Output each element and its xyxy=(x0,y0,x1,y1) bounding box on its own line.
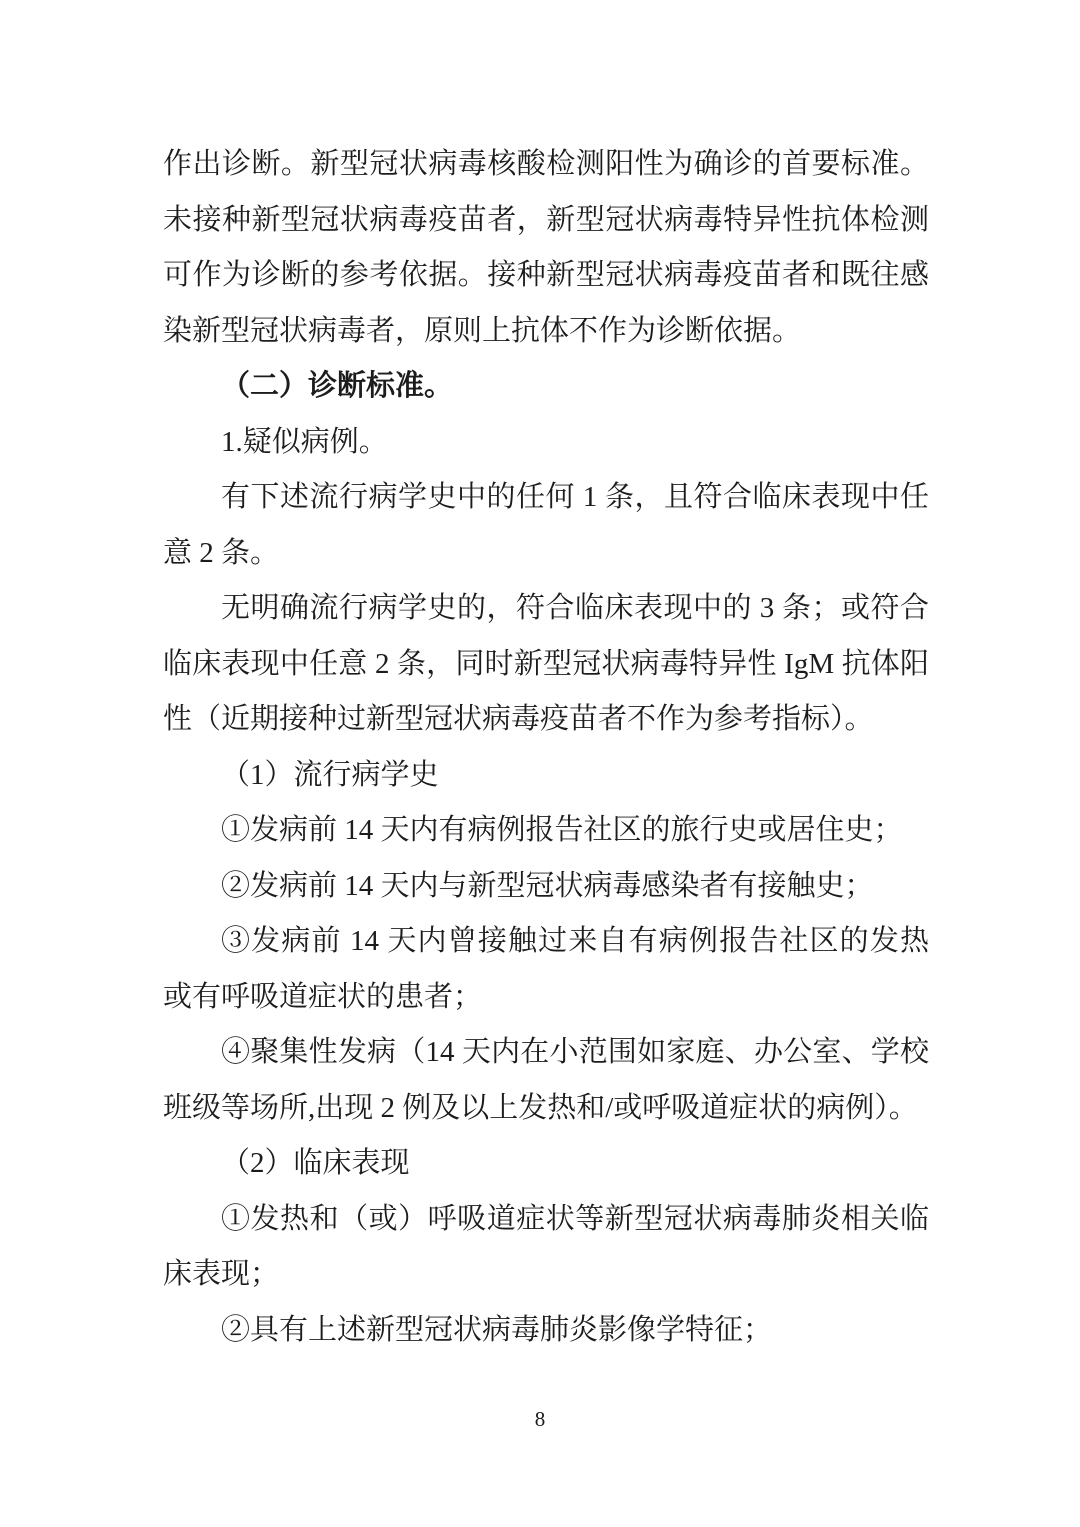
paragraph: ②发病前 14 天内与新型冠状病毒感染者有接触史； xyxy=(163,859,929,915)
paragraph: 无明确流行病学史的，符合临床表现中的 3 条；或符合临床表现中任意 2 条，同时… xyxy=(163,581,929,748)
document-body: 作出诊断。新型冠状病毒核酸检测阳性为确诊的首要标准。未接种新型冠状病毒疫苗者，新… xyxy=(163,137,929,1358)
paragraph: 有下述流行病学史中的任何 1 条，且符合临床表现中任意 2 条。 xyxy=(163,470,929,581)
paragraph: （1）流行病学史 xyxy=(163,748,929,804)
paragraph: 作出诊断。新型冠状病毒核酸检测阳性为确诊的首要标准。未接种新型冠状病毒疫苗者，新… xyxy=(163,137,929,359)
page-number: 8 xyxy=(0,1404,1080,1434)
paragraph: （2）临床表现 xyxy=(163,1136,929,1192)
paragraph: ①发病前 14 天内有病例报告社区的旅行史或居住史； xyxy=(163,803,929,859)
document-page: 作出诊断。新型冠状病毒核酸检测阳性为确诊的首要标准。未接种新型冠状病毒疫苗者，新… xyxy=(0,0,1080,1527)
paragraph: ④聚集性发病（14 天内在小范围如家庭、办公室、学校班级等场所,出现 2 例及以… xyxy=(163,1025,929,1136)
section-heading: （二）诊断标准。 xyxy=(163,359,929,415)
paragraph: ①发热和（或）呼吸道症状等新型冠状病毒肺炎相关临床表现； xyxy=(163,1192,929,1303)
paragraph: 1.疑似病例。 xyxy=(163,415,929,471)
paragraph: ②具有上述新型冠状病毒肺炎影像学特征； xyxy=(163,1303,929,1359)
paragraph: ③发病前 14 天内曾接触过来自有病例报告社区的发热或有呼吸道症状的患者； xyxy=(163,914,929,1025)
